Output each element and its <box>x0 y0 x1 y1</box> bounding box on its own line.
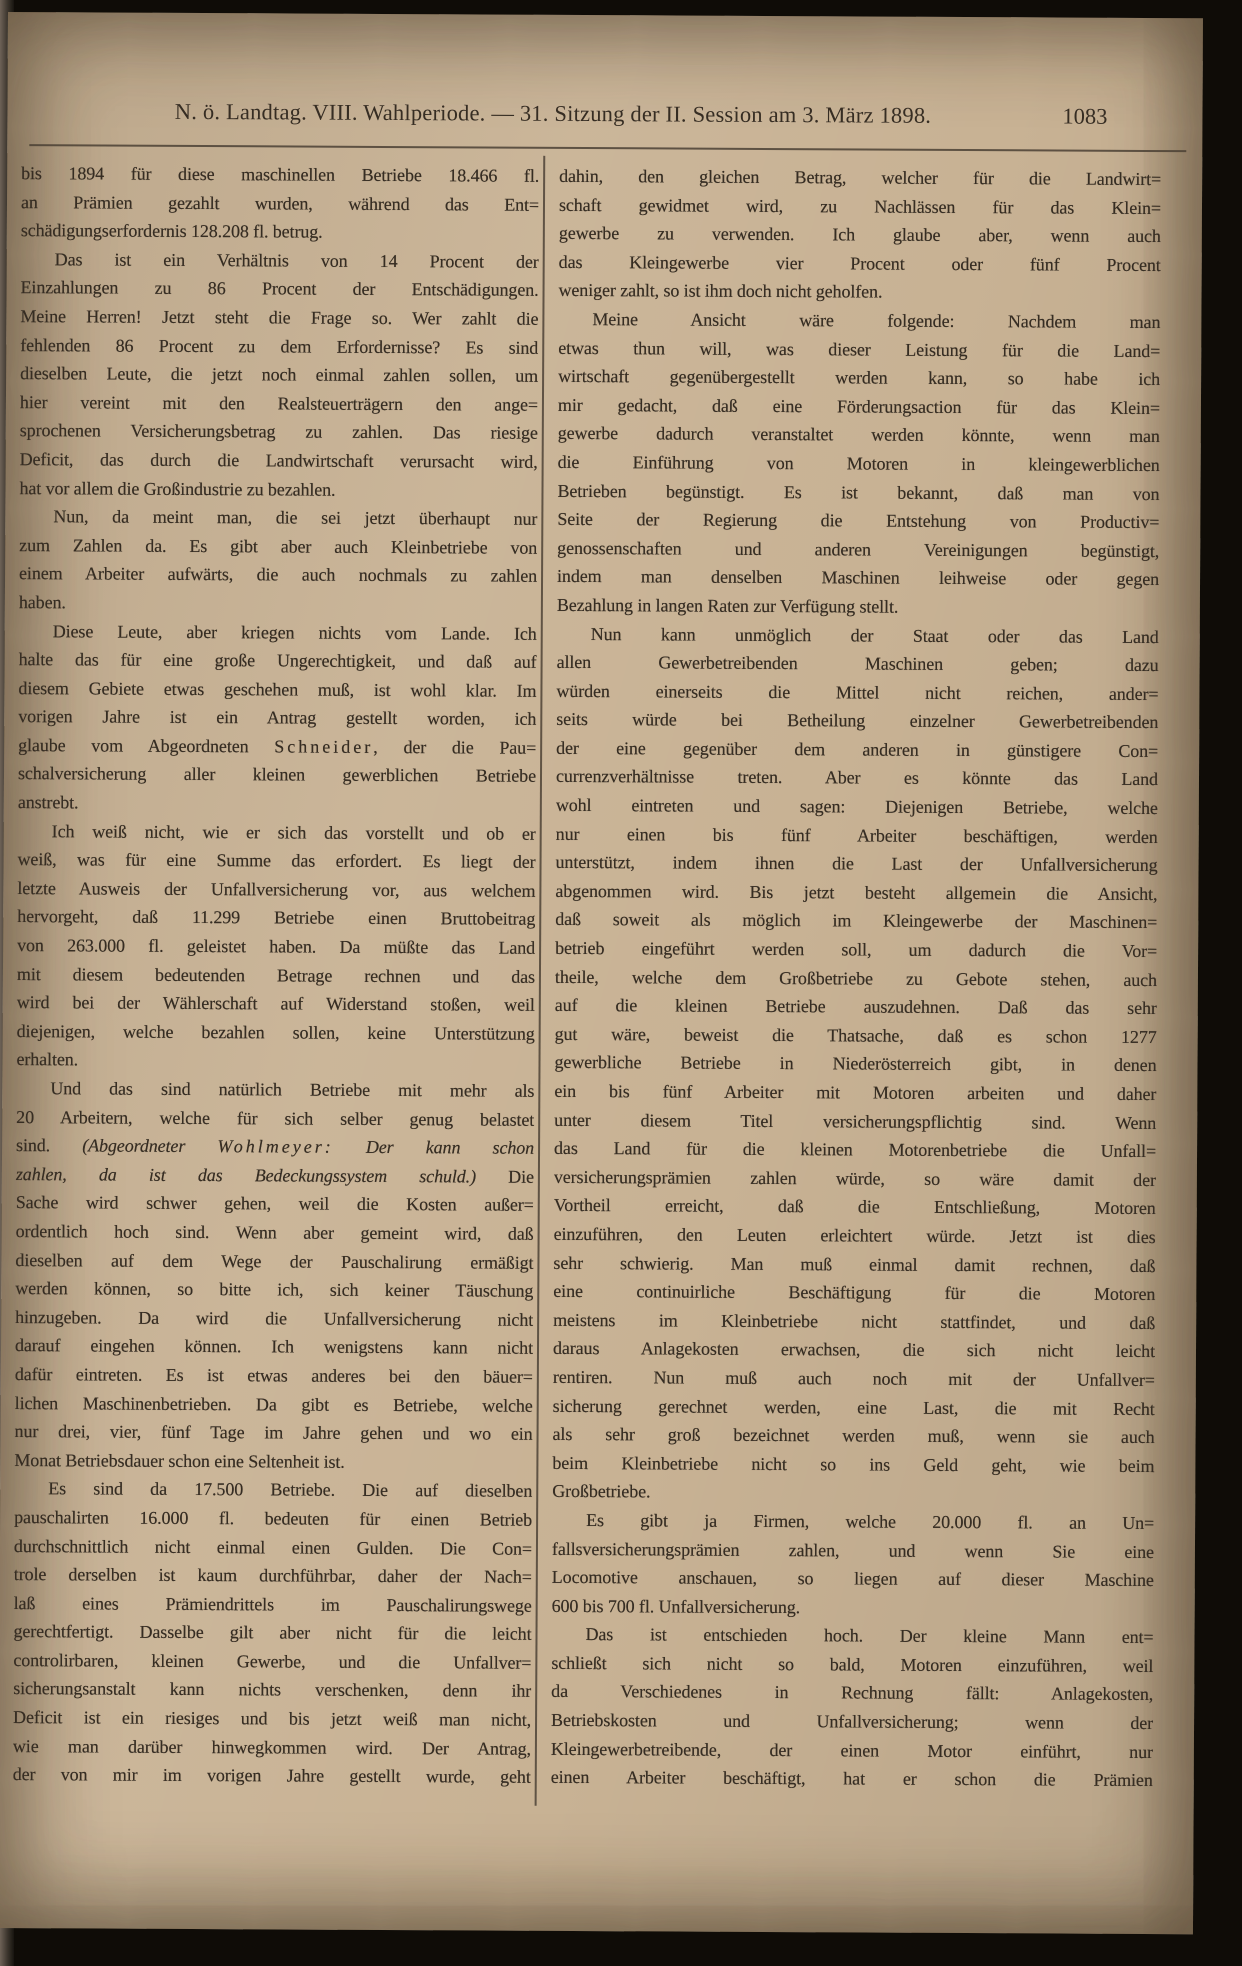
body-text: Betrieben begünstigt. Es ist bekannt, da… <box>557 480 1159 503</box>
body-text: schädigungserfordernis 128.208 fl. betru… <box>21 220 323 242</box>
body-text: weniger zahlt, so ist ihm doch nicht geh… <box>558 280 882 302</box>
body-text: gerechtfertigt. Dasselbe gilt aber nicht… <box>13 1621 531 1644</box>
text-line: Diese Leute, aber kriegen nichts vom Lan… <box>19 617 537 648</box>
text-line: fehlenden 86 Procent zu dem Erforderniss… <box>20 331 538 362</box>
body-text: Deficit, das durch die Landwirtschaft ve… <box>20 449 538 472</box>
body-text: durchschnittlich nicht einmal einen Guld… <box>14 1536 532 1559</box>
text-line: hervorgeht, daß 11.299 Betriebe einen Br… <box>17 902 535 933</box>
body-text: bis 1894 für diese maschinellen Betriebe… <box>21 163 539 186</box>
text-line: nur einen bis fünf Arbeiter beschäftigen… <box>556 820 1158 852</box>
body-text: hervorgeht, daß 11.299 Betriebe einen Br… <box>17 906 535 929</box>
text-line: Locomotive anschauen, so liegen auf dies… <box>552 1563 1154 1595</box>
text-line: betrieb eingeführt werden soll, um dadur… <box>555 934 1157 966</box>
text-line: gewerbe zu verwenden. Ich glaube aber, w… <box>559 219 1161 251</box>
text-line: mit diesem bedeutenden Betrage rechnen u… <box>17 960 535 991</box>
text-line: beim Kleinbetriebe nicht so ins Geld geh… <box>552 1449 1154 1481</box>
text-line: pauschalirten 16.000 fl. bedeuten für ei… <box>14 1503 532 1534</box>
body-text: von 263.000 fl. geleistet haben. Da müßt… <box>17 935 535 958</box>
body-text: Monat Betriebsdauer schon eine Seltenhei… <box>14 1450 344 1472</box>
body-text: trole derselben ist kaum durchführbar, d… <box>14 1564 532 1587</box>
body-text: nur drei, vier, fünf Tage im Jahre gehen… <box>15 1421 533 1444</box>
body-text: lichen Maschinenbetrieben. Da gibt es Be… <box>15 1393 533 1416</box>
running-header-title: N. ö. Landtag. VIII. Wahlperiode. — 31. … <box>175 99 931 129</box>
text-line: Nun kann unmöglich der Staat oder das La… <box>557 619 1159 651</box>
text-line: glaube vom Abgeordneten Schneider, der d… <box>18 731 536 762</box>
text-line: indem man denselben Maschinen leihweise … <box>557 562 1159 594</box>
body-text: schalversicherung aller kleinen gewerbli… <box>18 764 536 787</box>
body-text: werden können, so bitte ich, sich keiner… <box>15 1278 533 1301</box>
running-header: N. ö. Landtag. VIII. Wahlperiode. — 31. … <box>7 98 1202 138</box>
text-line: lichen Maschinenbetrieben. Da gibt es Be… <box>15 1389 533 1420</box>
body-text: fallsversicherungsprämien zahlen, und we… <box>552 1538 1154 1561</box>
text-line: zahlen, da ist das Bedeckungssystem schu… <box>16 1160 534 1191</box>
text-line: dahin, den gleichen Betrag, welcher für … <box>559 162 1161 194</box>
text-line: weniger zahlt, so ist ihm doch nicht geh… <box>558 276 1160 308</box>
text-line: daß soweit als möglich im Kleingewerbe d… <box>555 905 1157 937</box>
text-line: halte das für eine große Ungerechtigkeit… <box>19 645 537 676</box>
body-text: controlirbaren, kleinen Gewerbe, und die… <box>13 1650 531 1673</box>
body-text: Meine Herren! Jetzt steht die Frage so. … <box>20 306 538 329</box>
text-line: auf die kleinen Betriebe auszudehnen. Da… <box>555 991 1157 1023</box>
body-text: gut wäre, beweist die Thatsache, daß es … <box>555 1024 1157 1047</box>
text-line: schädigungserfordernis 128.208 fl. betru… <box>21 216 539 247</box>
text-line: Sache wird schwer gehen, weil die Kosten… <box>16 1188 534 1219</box>
text-line: durchschnittlich nicht einmal einen Guld… <box>14 1532 532 1563</box>
text-line: 600 bis 700 fl. Unfallversicherung. <box>552 1592 1154 1624</box>
text-line: dafür eintreten. Es ist etwas anderes be… <box>15 1360 533 1391</box>
stage-direction-text: Der kann schon <box>334 1137 534 1158</box>
text-line: wie man darüber hinwegkommen wird. Der A… <box>13 1732 531 1763</box>
text-line: theile, welche dem Großbetriebe zu Gebot… <box>555 963 1157 995</box>
body-text: sicherungsanstalt kann nichts verschenke… <box>13 1679 531 1702</box>
body-text: halte das für eine große Ungerechtigkeit… <box>19 649 537 672</box>
body-text: , der die Pau= <box>373 737 536 758</box>
body-text: sehr schwierig. Man muß einmal damit rec… <box>553 1252 1155 1275</box>
body-text: betrieb eingeführt werden soll, um dadur… <box>555 938 1157 961</box>
body-text: Diese Leute, aber kriegen nichts vom Lan… <box>53 621 537 644</box>
body-text: gewerbliche Betriebe in Niederösterreich… <box>554 1052 1156 1075</box>
body-text: currenzverhältnisse treten. Aber es könn… <box>556 766 1158 789</box>
body-text: die Einführung von Motoren in kleingewer… <box>558 452 1160 475</box>
text-line: Und das sind natürlich Betriebe mit mehr… <box>16 1074 534 1105</box>
body-text: fehlenden 86 Procent zu dem Erforderniss… <box>20 335 538 358</box>
text-line: genossenschaften und anderen Vereinigung… <box>557 534 1159 566</box>
body-text: gewerbe zu verwenden. Ich glaube aber, w… <box>559 223 1161 246</box>
text-line: eine continuirliche Beschäftigung für di… <box>553 1277 1155 1309</box>
text-line: an Prämien gezahlt wurden, während das E… <box>21 188 539 219</box>
body-text: als sehr groß bezeichnet werden muß, wen… <box>553 1424 1155 1447</box>
text-line: Deficit, das durch die Landwirtschaft ve… <box>20 445 538 476</box>
text-line: gewerbliche Betriebe in Niederösterreich… <box>554 1048 1156 1080</box>
body-text: pauschalirten 16.000 fl. bedeuten für ei… <box>14 1507 532 1530</box>
text-line: mir gedacht, daß eine Förderungsaction f… <box>558 391 1160 423</box>
stage-direction-text: zahlen, da ist das Bedeckungssystem schu… <box>16 1164 476 1186</box>
text-line: Meine Herren! Jetzt steht die Frage so. … <box>20 302 538 333</box>
text-line: wirtschaft gegenübergestellt werden kann… <box>558 362 1160 394</box>
body-text: wird bei der Wählerschaft auf Widerstand… <box>17 992 535 1015</box>
text-line: sicherungsanstalt kann nichts verschenke… <box>13 1675 531 1706</box>
text-line: sicherung gerechnet werden, eine Last, d… <box>553 1391 1155 1423</box>
text-line: meistens im Kleinbetriebe nicht stattfin… <box>553 1306 1155 1338</box>
body-text: sind. <box>16 1135 82 1155</box>
text-line: darauf eingehen können. Ich wenigstens k… <box>15 1331 533 1362</box>
body-text: anstrebt. <box>18 792 79 812</box>
right-text-column: dahin, den gleichen Betrag, welcher für … <box>551 162 1162 1795</box>
body-text: schaft gewidmet wird, zu Nachlässen für … <box>559 194 1161 217</box>
text-line: abgenommen wird. Bis jetzt besteht allge… <box>555 877 1157 909</box>
text-line: Betriebskosten und Unfallversicherung; w… <box>551 1706 1153 1738</box>
body-text: das Land für die kleinen Motorenbetriebe… <box>554 1138 1156 1161</box>
text-line: schaft gewidmet wird, zu Nachlässen für … <box>559 190 1161 222</box>
body-text: hier vereint mit den Realsteuerträgern d… <box>20 392 538 415</box>
text-line: schließt sich nicht so bald, Motoren ein… <box>551 1649 1153 1681</box>
body-text: nur einen bis fünf Arbeiter beschäftigen… <box>556 824 1158 847</box>
body-text: auf die kleinen Betriebe auszudehnen. Da… <box>555 995 1157 1018</box>
body-text: Das ist ein Verhältnis von 14 Procent de… <box>55 249 539 272</box>
text-line: weiß, was für eine Summe das erfordert. … <box>17 845 535 876</box>
text-line: anstrebt. <box>18 788 536 819</box>
body-text: schließt sich nicht so bald, Motoren ein… <box>551 1653 1153 1676</box>
text-line: Es gibt ja Firmen, welche 20.000 fl. an … <box>552 1506 1154 1538</box>
body-text: Bezahlung in langen Raten zur Verfügung … <box>557 595 898 617</box>
text-line: gewerbe dadurch veranstaltet werden könn… <box>558 419 1160 451</box>
text-line: haben. <box>19 588 537 619</box>
body-text: unter diesem Titel versicherungspflichti… <box>554 1109 1156 1132</box>
text-line: diesem Gebiete etwas geschehen muß, ist … <box>18 674 536 705</box>
stage-direction-text: Wohlmeyer: <box>217 1136 333 1157</box>
text-line: sprochenen Versicherungsbetrag zu zahlen… <box>20 416 538 447</box>
body-text: Nun kann unmöglich der Staat oder das La… <box>591 624 1159 647</box>
body-text: Sache wird schwer gehen, weil die Kosten… <box>16 1192 534 1215</box>
body-text: genossenschaften und anderen Vereinigung… <box>557 538 1159 561</box>
body-text: wirtschaft gegenübergestellt werden kann… <box>558 366 1160 389</box>
body-text: letzte Ausweis der Unfallversicherung vo… <box>17 878 535 901</box>
body-text: versicherungsprämien zahlen würde, so wä… <box>554 1167 1156 1190</box>
text-line: ein bis fünf Arbeiter mit Motoren arbeit… <box>554 1077 1156 1109</box>
body-text: erhalten. <box>16 1049 78 1069</box>
text-line: Großbetriebe. <box>552 1477 1154 1509</box>
page-number: 1083 <box>1062 104 1107 130</box>
body-text: Es gibt ja Firmen, welche 20.000 fl. an … <box>586 1510 1154 1533</box>
body-text: indem man denselben Maschinen leihweise … <box>557 566 1159 589</box>
text-line: Das ist entschieden hoch. Der kleine Man… <box>551 1620 1153 1652</box>
body-text: Betriebskosten und Unfallversicherung; w… <box>551 1710 1153 1733</box>
text-line: die Einführung von Motoren in kleingewer… <box>558 448 1160 480</box>
text-line: unterstützt, indem ihnen die Last der Un… <box>555 848 1157 880</box>
body-text: weiß, was für eine Summe das erfordert. … <box>18 849 536 872</box>
text-line: ordentlich hoch sind. Wenn aber gemeint … <box>16 1217 534 1248</box>
body-text: daraus Anlagekosten erwachsen, die sich … <box>553 1338 1155 1361</box>
text-line: etwas thun will, was dieser Leistung für… <box>558 333 1160 365</box>
body-text: einem Arbeiter aufwärts, die auch nochma… <box>19 563 537 586</box>
text-line: Seite der Regierung die Entstehung von P… <box>557 505 1159 537</box>
text-line: 20 Arbeitern, welche für sich selber gen… <box>16 1103 534 1134</box>
text-line: dieselben Leute, die jetzt noch einmal z… <box>20 359 538 390</box>
body-text: einzuführen, den Leuten erleichtert würd… <box>554 1224 1156 1247</box>
body-text: Ich weiß nicht, wie er sich das vorstell… <box>52 821 536 844</box>
text-line: vorigen Jahre ist ein Antrag gestellt wo… <box>18 702 536 733</box>
text-line: Nun, da meint man, die sei jetzt überhau… <box>19 502 537 533</box>
text-line: gerechtfertigt. Dasselbe gilt aber nicht… <box>13 1617 531 1648</box>
text-line: Einzahlungen zu 86 Procent der Entschädi… <box>20 273 538 304</box>
text-line: werden können, so bitte ich, sich keiner… <box>15 1274 533 1305</box>
body-text: Vortheil erreicht, daß die Entschließung… <box>554 1195 1156 1218</box>
body-text: beim Kleinbetriebe nicht so ins Geld geh… <box>552 1453 1154 1476</box>
text-line: da Verschiedenes in Rechnung fällt: Anla… <box>551 1677 1153 1709</box>
text-line: einem Arbeiter aufwärts, die auch nochma… <box>19 559 537 590</box>
body-text: rentiren. Nun muß auch noch mit der Unfa… <box>553 1367 1155 1390</box>
text-line: hinzugeben. Da wird die Unfallversicheru… <box>15 1303 533 1334</box>
body-text: Die <box>476 1166 534 1186</box>
text-line: Kleingewerbetreibende, der einen Motor e… <box>551 1735 1153 1767</box>
body-text: sprochenen Versicherungsbetrag zu zahlen… <box>20 420 538 443</box>
body-text: dahin, den gleichen Betrag, welcher für … <box>559 166 1161 189</box>
body-text: gewerbe dadurch veranstaltet werden könn… <box>558 423 1160 446</box>
body-text: mir gedacht, daß eine Förderungsaction f… <box>558 395 1160 418</box>
text-line: allen Gewerbetreibenden Maschinen geben;… <box>557 648 1159 680</box>
text-line: Vortheil erreicht, daß die Entschließung… <box>554 1191 1156 1223</box>
text-line: diejenigen, welche bezahlen sollen, kein… <box>17 1017 535 1048</box>
body-text: laß eines Prämiendrittels im Pauschaliru… <box>14 1593 532 1616</box>
body-text: diejenigen, welche bezahlen sollen, kein… <box>17 1021 535 1044</box>
text-line: daraus Anlagekosten erwachsen, die sich … <box>553 1334 1155 1366</box>
text-line: rentiren. Nun muß auch noch mit der Unfa… <box>553 1363 1155 1395</box>
body-text: diesem Gebiete etwas geschehen muß, ist … <box>18 678 536 701</box>
body-text: Locomotive anschauen, so liegen auf dies… <box>552 1567 1154 1590</box>
body-text: der von mir im vorigen Jahre gestellt wu… <box>13 1764 531 1787</box>
text-line: Bezahlung in langen Raten zur Verfügung … <box>557 591 1159 623</box>
body-text: wohl eintreten und sagen: Diejenigen Bet… <box>556 795 1158 818</box>
text-line: dieselben auf dem Wege der Pauschalirung… <box>15 1246 533 1277</box>
body-text: Es sind da 17.500 Betriebe. Die auf dies… <box>48 1479 532 1502</box>
text-line: sehr schwierig. Man muß einmal damit rec… <box>553 1248 1155 1280</box>
text-line: das Kleingewerbe vier Procent oder fünf … <box>559 248 1161 280</box>
body-text: abgenommen wird. Bis jetzt besteht allge… <box>555 881 1157 904</box>
body-text: da Verschiedenes in Rechnung fällt: Anla… <box>551 1681 1153 1704</box>
body-text: theile, welche dem Großbetriebe zu Gebot… <box>555 967 1157 990</box>
body-text: hat vor allem die Großindustrie zu bezah… <box>19 478 335 500</box>
body-text: Meine Ansicht wäre folgende: Nachdem man <box>592 309 1160 332</box>
body-text: daß soweit als möglich im Kleingewerbe d… <box>555 909 1157 932</box>
text-line: der von mir im vorigen Jahre gestellt wu… <box>13 1760 531 1791</box>
body-text: Einzahlungen zu 86 Procent der Entschädi… <box>21 277 539 300</box>
text-line: unter diesem Titel versicherungspflichti… <box>554 1105 1156 1137</box>
body-text: dieselben Leute, die jetzt noch einmal z… <box>20 363 538 386</box>
body-text: ordentlich hoch sind. Wenn aber gemeint … <box>16 1221 534 1244</box>
text-line: Ich weiß nicht, wie er sich das vorstell… <box>18 817 536 848</box>
body-text: meistens im Kleinbetriebe nicht stattfin… <box>553 1310 1155 1333</box>
text-line: würden einerseits die Mittel nicht reich… <box>556 677 1158 709</box>
body-text: würden einerseits die Mittel nicht reich… <box>556 681 1158 704</box>
text-line: Meine Ansicht wäre folgende: Nachdem man <box>558 305 1160 337</box>
left-text-column: bis 1894 für diese maschinellen Betriebe… <box>13 159 540 1792</box>
text-line: gut wäre, beweist die Thatsache, daß es … <box>555 1020 1157 1052</box>
body-text: vorigen Jahre ist ein Antrag gestellt wo… <box>18 706 536 729</box>
text-line: einzuführen, den Leuten erleichtert würd… <box>554 1220 1156 1252</box>
body-text: das Kleingewerbe vier Procent oder fünf … <box>559 252 1161 275</box>
body-text: Deficit ist ein riesiges und bis jetzt w… <box>13 1707 531 1730</box>
text-line: controlirbaren, kleinen Gewerbe, und die… <box>13 1646 531 1677</box>
text-line: einen Arbeiter beschäftigt, hat er schon… <box>551 1763 1153 1795</box>
text-line: als sehr groß bezeichnet werden muß, wen… <box>552 1420 1154 1452</box>
text-line: versicherungsprämien zahlen würde, so wä… <box>554 1163 1156 1195</box>
text-line: das Land für die kleinen Motorenbetriebe… <box>554 1134 1156 1166</box>
text-line: fallsversicherungsprämien zahlen, und we… <box>552 1534 1154 1566</box>
body-text: 20 Arbeitern, welche für sich selber gen… <box>16 1107 534 1130</box>
body-text: Schneider <box>274 736 373 757</box>
text-line: erhalten. <box>16 1045 534 1076</box>
stage-direction-text: (Abgeordneter <box>82 1136 217 1157</box>
text-line: trole derselben ist kaum durchführbar, d… <box>14 1560 532 1591</box>
body-text: glaube vom Abgeordneten <box>18 735 274 756</box>
body-text: Seite der Regierung die Entstehung von P… <box>557 509 1159 532</box>
text-line: Es sind da 17.500 Betriebe. Die auf dies… <box>14 1474 532 1505</box>
text-line: Das ist ein Verhältnis von 14 Procent de… <box>21 245 539 276</box>
text-line: sind. (Abgeordneter Wohlmeyer: Der kann … <box>16 1131 534 1162</box>
body-text: Nun, da meint man, die sei jetzt überhau… <box>53 506 537 529</box>
page-scan: N. ö. Landtag. VIII. Wahlperiode. — 31. … <box>0 12 1203 1934</box>
body-text: allen Gewerbetreibenden Maschinen geben;… <box>557 652 1159 675</box>
text-line: nur drei, vier, fünf Tage im Jahre gehen… <box>14 1417 532 1448</box>
text-line: seits würde bei Betheilung einzelner Gew… <box>556 705 1158 737</box>
body-text: an Prämien gezahlt wurden, während das E… <box>21 192 539 215</box>
text-line: bis 1894 für diese maschinellen Betriebe… <box>21 159 539 190</box>
text-line: laß eines Prämiendrittels im Pauschaliru… <box>14 1589 532 1620</box>
body-text: dafür eintreten. Es ist etwas anderes be… <box>15 1364 533 1387</box>
body-text: einen Arbeiter beschäftigt, hat er schon… <box>551 1767 1153 1790</box>
text-line: Deficit ist ein riesiges und bis jetzt w… <box>13 1703 531 1734</box>
text-line: hat vor allem die Großindustrie zu bezah… <box>19 474 537 505</box>
body-text: Das ist entschieden hoch. Der kleine Man… <box>585 1624 1153 1647</box>
body-text: zum Zahlen da. Es gibt aber auch Kleinbe… <box>19 535 537 558</box>
body-text: mit diesem bedeutenden Betrage rechnen u… <box>17 964 535 987</box>
body-text: etwas thun will, was dieser Leistung für… <box>558 337 1160 360</box>
body-text: seits würde bei Betheilung einzelner Gew… <box>556 709 1158 732</box>
text-line: Monat Betriebsdauer schon eine Seltenhei… <box>14 1446 532 1477</box>
text-line: letzte Ausweis der Unfallversicherung vo… <box>17 874 535 905</box>
body-text: dieselben auf dem Wege der Pauschalirung… <box>15 1250 533 1273</box>
header-rule <box>29 144 1186 152</box>
body-text: Und das sind natürlich Betriebe mit mehr… <box>50 1078 534 1101</box>
body-text: haben. <box>19 592 66 612</box>
body-text: hinzugeben. Da wird die Unfallversicheru… <box>15 1307 533 1330</box>
text-line: von 263.000 fl. geleistet haben. Da müßt… <box>17 931 535 962</box>
text-line: schalversicherung aller kleinen gewerbli… <box>18 760 536 791</box>
text-line: zum Zahlen da. Es gibt aber auch Kleinbe… <box>19 531 537 562</box>
text-line: hier vereint mit den Realsteuerträgern d… <box>20 388 538 419</box>
body-text: sicherung gerechnet werden, eine Last, d… <box>553 1395 1155 1418</box>
body-text: Großbetriebe. <box>552 1481 650 1502</box>
body-text: unterstützt, indem ihnen die Last der Un… <box>556 852 1158 875</box>
text-line: currenzverhältnisse treten. Aber es könn… <box>556 762 1158 794</box>
text-line: Betrieben begünstigt. Es ist bekannt, da… <box>557 476 1159 508</box>
body-text: Kleingewerbetreibende, der einen Motor e… <box>551 1739 1153 1762</box>
body-text: 600 bis 700 fl. Unfallversicherung. <box>552 1596 801 1617</box>
body-text: ein bis fünf Arbeiter mit Motoren arbeit… <box>554 1081 1156 1104</box>
body-text: darauf eingehen können. Ich wenigstens k… <box>15 1335 533 1358</box>
text-line: der eine gegenüber dem anderen in günsti… <box>556 734 1158 766</box>
body-text: eine continuirliche Beschäftigung für di… <box>553 1281 1155 1304</box>
text-line: wohl eintreten und sagen: Diejenigen Bet… <box>556 791 1158 823</box>
text-line: wird bei der Wählerschaft auf Widerstand… <box>17 988 535 1019</box>
body-text: der eine gegenüber dem anderen in günsti… <box>556 738 1158 761</box>
body-text: wie man darüber hinwegkommen wird. Der A… <box>13 1736 531 1759</box>
